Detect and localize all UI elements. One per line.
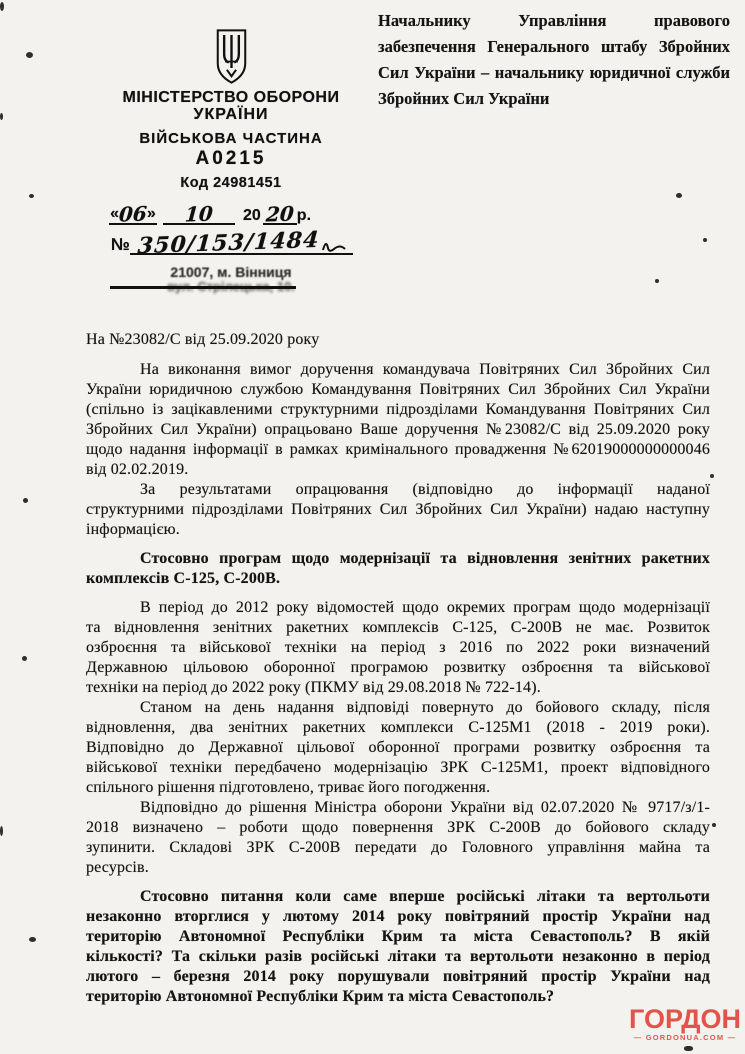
body-line: За результатами опрацювання (відповідно … — [86, 480, 710, 500]
body-line: техніки на період до 2022 року (ПКМУ від… — [86, 678, 710, 698]
gordon-logo-text: ГОРДОН — [628, 1006, 742, 1032]
body-line: щодо надання інформації в рамках криміна… — [86, 440, 710, 460]
date-month-segment: 10 — [163, 205, 235, 225]
body-line: Відповідно до Державної цільової оборонн… — [86, 738, 710, 758]
scanned-letter-page: МІНІСТЕРСТВО ОБОРОНИ УКРАЇНИ ВІЙСЬКОВА Ч… — [0, 0, 745, 1054]
scan-speck — [23, 498, 28, 503]
addressee-line: Сил України – начальнику юридичної служб… — [378, 60, 730, 86]
military-unit-number: А0215 — [85, 149, 377, 169]
body-line: та відновлення зенітних ракетних комплек… — [86, 618, 710, 638]
body-line: від 02.02.2019. — [86, 460, 710, 480]
body-line: інформацією. — [86, 520, 710, 540]
handwritten-doc-number: 350/153/1484 — [137, 230, 320, 256]
address-city: 21007, м. Вінниця — [85, 265, 377, 280]
body-line: 2018 визначено – роботи щодо повернення … — [86, 818, 710, 838]
body-paragraphs: На виконання вимог доручення командувача… — [86, 360, 710, 1007]
reference-line: На №23082/С від 25.09.2020 року — [86, 330, 710, 350]
body-line: територію Автономної Республіки Крим та … — [86, 927, 710, 947]
body-paragraph: В період до 2012 року відомостей щодо ок… — [86, 598, 710, 698]
body-line: зупинити. Складові ЗРК С-200В передати д… — [86, 838, 710, 858]
date-day-segment: «06» — [109, 205, 157, 225]
scan-speck — [0, 2, 4, 11]
body-paragraph: На виконання вимог доручення командувача… — [86, 360, 710, 480]
ukraine-trident-shield-icon — [215, 28, 248, 86]
body-line: В період до 2012 року відомостей щодо ок… — [86, 598, 710, 618]
addressee-line: Збройних Сил України — [378, 86, 730, 112]
scan-speck — [22, 656, 27, 661]
body-line: спільного рішення підготовлено, триває й… — [86, 778, 710, 798]
gordon-watermark: ГОРДОН — GORDONUA.COM — — [628, 1006, 742, 1042]
body-line: На виконання вимог доручення командувача… — [86, 360, 710, 380]
ministry-name-line2: УКРАЇНИ — [85, 106, 377, 123]
body-line: територію Автономної Республіки Крим та … — [86, 987, 710, 1007]
body-line: військової техніки передбачено модерніза… — [86, 758, 710, 778]
handwritten-year: 20 — [265, 205, 294, 224]
scan-speck — [684, 1046, 693, 1051]
scan-speck — [676, 193, 682, 198]
letterhead-stamp: МІНІСТЕРСТВО ОБОРОНИ УКРАЇНИ ВІЙСЬКОВА Ч… — [85, 28, 377, 294]
scan-speck — [710, 474, 714, 478]
body-paragraph: За результатами опрацювання (відповідно … — [86, 480, 710, 540]
body-line: Станом на день надання відповіді поверну… — [86, 698, 710, 718]
letter-body: На №23082/С від 25.09.2020 року На викон… — [86, 330, 710, 1007]
year-suffix: р. — [297, 207, 311, 225]
addressee-line: забезпечення Генерального штабу Збройних — [378, 34, 730, 60]
body-line: Стосовно програм щодо модернізації та ві… — [86, 549, 710, 569]
body-paragraph: Стосовно питання коли саме вперше російс… — [86, 887, 710, 1007]
body-paragraph: Станом на день надання відповіді поверну… — [86, 698, 710, 798]
handwritten-day: 06 — [118, 205, 147, 224]
scan-speck — [703, 238, 707, 242]
handwritten-date-row: «06» 10 20 20 р. — [85, 205, 377, 225]
scan-speck — [29, 937, 36, 942]
body-line: лютого – березня 2014 року порушували по… — [86, 967, 710, 987]
scan-speck — [29, 194, 34, 198]
printed-century: 20 — [243, 207, 261, 225]
military-unit-label: ВІЙСЬКОВА ЧАСТИНА — [85, 131, 377, 147]
scan-speck — [0, 113, 3, 120]
scan-speck — [0, 826, 3, 836]
pen-flourish — [321, 237, 347, 253]
date-year-segment: 20 — [263, 205, 297, 225]
close-quote: » — [147, 205, 156, 223]
body-line: структурними підрозділами Повітряних Сил… — [86, 500, 710, 520]
body-line: озброєння та військової техніки на періо… — [86, 638, 710, 658]
body-line: ресурсів. — [86, 858, 710, 878]
number-underline: 350/153/1484 — [130, 233, 353, 255]
gordon-site-text: — GORDONUA.COM — — [628, 1033, 742, 1042]
body-line: кількості? Та скільки разів російські лі… — [86, 947, 710, 967]
number-label: № — [111, 235, 130, 255]
body-line: Стосовно питання коли саме вперше російс… — [86, 887, 710, 907]
ministry-name-line1: МІНІСТЕРСТВО ОБОРОНИ — [85, 90, 377, 106]
scan-speck — [712, 823, 716, 827]
addressee-block: Начальнику Управління правовогозабезпече… — [378, 8, 730, 112]
addressee-line: Начальнику Управління правового — [378, 8, 730, 34]
body-line: України юридичною службою Командування П… — [86, 380, 710, 400]
body-paragraph: Відповідно до рішення Міністра оборони У… — [86, 798, 710, 878]
scan-speck — [655, 279, 659, 283]
body-line: комплексів С-125, С-200В. — [86, 569, 710, 589]
address-street: вул. Стрілецька, 10. — [85, 280, 377, 294]
handwritten-month: 10 — [184, 205, 213, 224]
body-line: Збройних Сил України) опрацьовано Ваше д… — [86, 420, 710, 440]
body-line: Відповідно до рішення Міністра оборони У… — [86, 798, 710, 818]
body-line: відновлення, два зенітних ракетних компл… — [86, 718, 710, 738]
scan-speck — [26, 52, 33, 58]
body-line: незаконно вторглися у лютому 2014 року п… — [86, 907, 710, 927]
body-line: (спільно із зацікавленими структурними п… — [86, 400, 710, 420]
document-number-row: № 350/153/1484 — [85, 233, 377, 255]
body-line: Державною цільовою оборонної програмою р… — [86, 658, 710, 678]
body-paragraph: Стосовно програм щодо модернізації та ві… — [86, 549, 710, 589]
org-code: Код 24981451 — [85, 175, 377, 191]
